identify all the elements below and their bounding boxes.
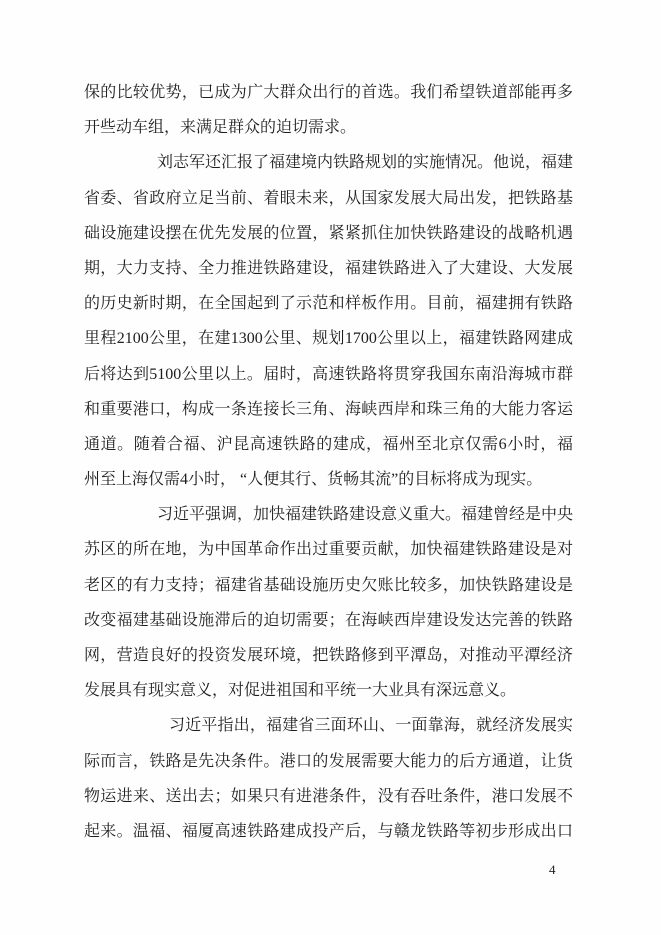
document-body: 保的比较优势，已成为广大群众出行的首选。我们希望铁道部能再多开些动车组，来满足群… — [84, 75, 573, 849]
paragraph: 保的比较优势，已成为广大群众出行的首选。我们希望铁道部能再多开些动车组，来满足群… — [84, 75, 573, 145]
paragraph: 习近平指出，福建省三面环山、一面靠海，就经济发展实际而言，铁路是先决条件。港口的… — [84, 708, 573, 849]
text-line: 省委、省政府立足当前、着眼未来，从国家发展大局出发，把铁路基 — [84, 181, 573, 216]
text-line: 里程2100公里，在建1300公里、规划1700公里以上，福建铁路网建成 — [84, 321, 573, 356]
text-line: 通道。随着合福、沪昆高速铁路的建成，福州至北京仅需6小时，福 — [84, 427, 573, 462]
text-line: 改变福建基础设施滞后的迫切需要；在海峡西岸建设发达完善的铁路 — [84, 603, 573, 638]
text-line: 后将达到5100公里以上。届时，高速铁路将贯穿我国东南沿海城市群 — [84, 357, 573, 392]
text-line: 习近平强调，加快福建铁路建设意义重大。福建曾经是中央 — [84, 497, 573, 532]
text-line: 保的比较优势，已成为广大群众出行的首选。我们希望铁道部能再多 — [84, 75, 573, 110]
text-line: 开些动车组，来满足群众的迫切需求。 — [84, 110, 573, 145]
text-line: 州至上海仅需4小时， “人便其行、货畅其流”的目标将成为现实。 — [84, 462, 573, 497]
text-line: 际而言，铁路是先决条件。港口的发展需要大能力的后方通道，让货 — [84, 744, 573, 779]
paragraph: 习近平强调，加快福建铁路建设意义重大。福建曾经是中央苏区的所在地，为中国革命作出… — [84, 497, 573, 708]
text-line: 础设施建设摆在优先发展的位置，紧紧抓住加快铁路建设的战略机遇 — [84, 216, 573, 251]
page-number: 4 — [549, 862, 556, 878]
text-line: 期，大力支持、全力推进铁路建设，福建铁路进入了大建设、大发展 — [84, 251, 573, 286]
document-viewport: { "page": { "number": "4", "background":… — [0, 0, 661, 935]
text-line: 和重要港口，构成一条连接长三角、海峡西岸和珠三角的大能力客运 — [84, 392, 573, 427]
text-line: 网，营造良好的投资发展环境，把铁路修到平潭岛，对推动平潭经济 — [84, 638, 573, 673]
text-line: 物运进来、送出去；如果只有进港条件，没有吞吐条件，港口发展不 — [84, 779, 573, 814]
text-line: 老区的有力支持；福建省基础设施历史欠账比较多，加快铁路建设是 — [84, 568, 573, 603]
text-line: 刘志军还汇报了福建境内铁路规划的实施情况。他说，福建 — [84, 145, 573, 180]
text-line: 习近平指出，福建省三面环山、一面靠海，就经济发展实 — [84, 708, 573, 743]
document-page: 保的比较优势，已成为广大群众出行的首选。我们希望铁道部能再多开些动车组，来满足群… — [0, 0, 661, 935]
text-line: 起来。温福、福厦高速铁路建成投产后，与赣龙铁路等初步形成出口 — [84, 814, 573, 849]
text-line: 的历史新时期，在全国起到了示范和样板作用。目前，福建拥有铁路 — [84, 286, 573, 321]
text-line: 苏区的所在地，为中国革命作出过重要贡献，加快福建铁路建设是对 — [84, 532, 573, 567]
text-line: 发展具有现实意义，对促进祖国和平统一大业具有深远意义。 — [84, 673, 573, 708]
paragraph: 刘志军还汇报了福建境内铁路规划的实施情况。他说，福建省委、省政府立足当前、着眼未… — [84, 145, 573, 497]
